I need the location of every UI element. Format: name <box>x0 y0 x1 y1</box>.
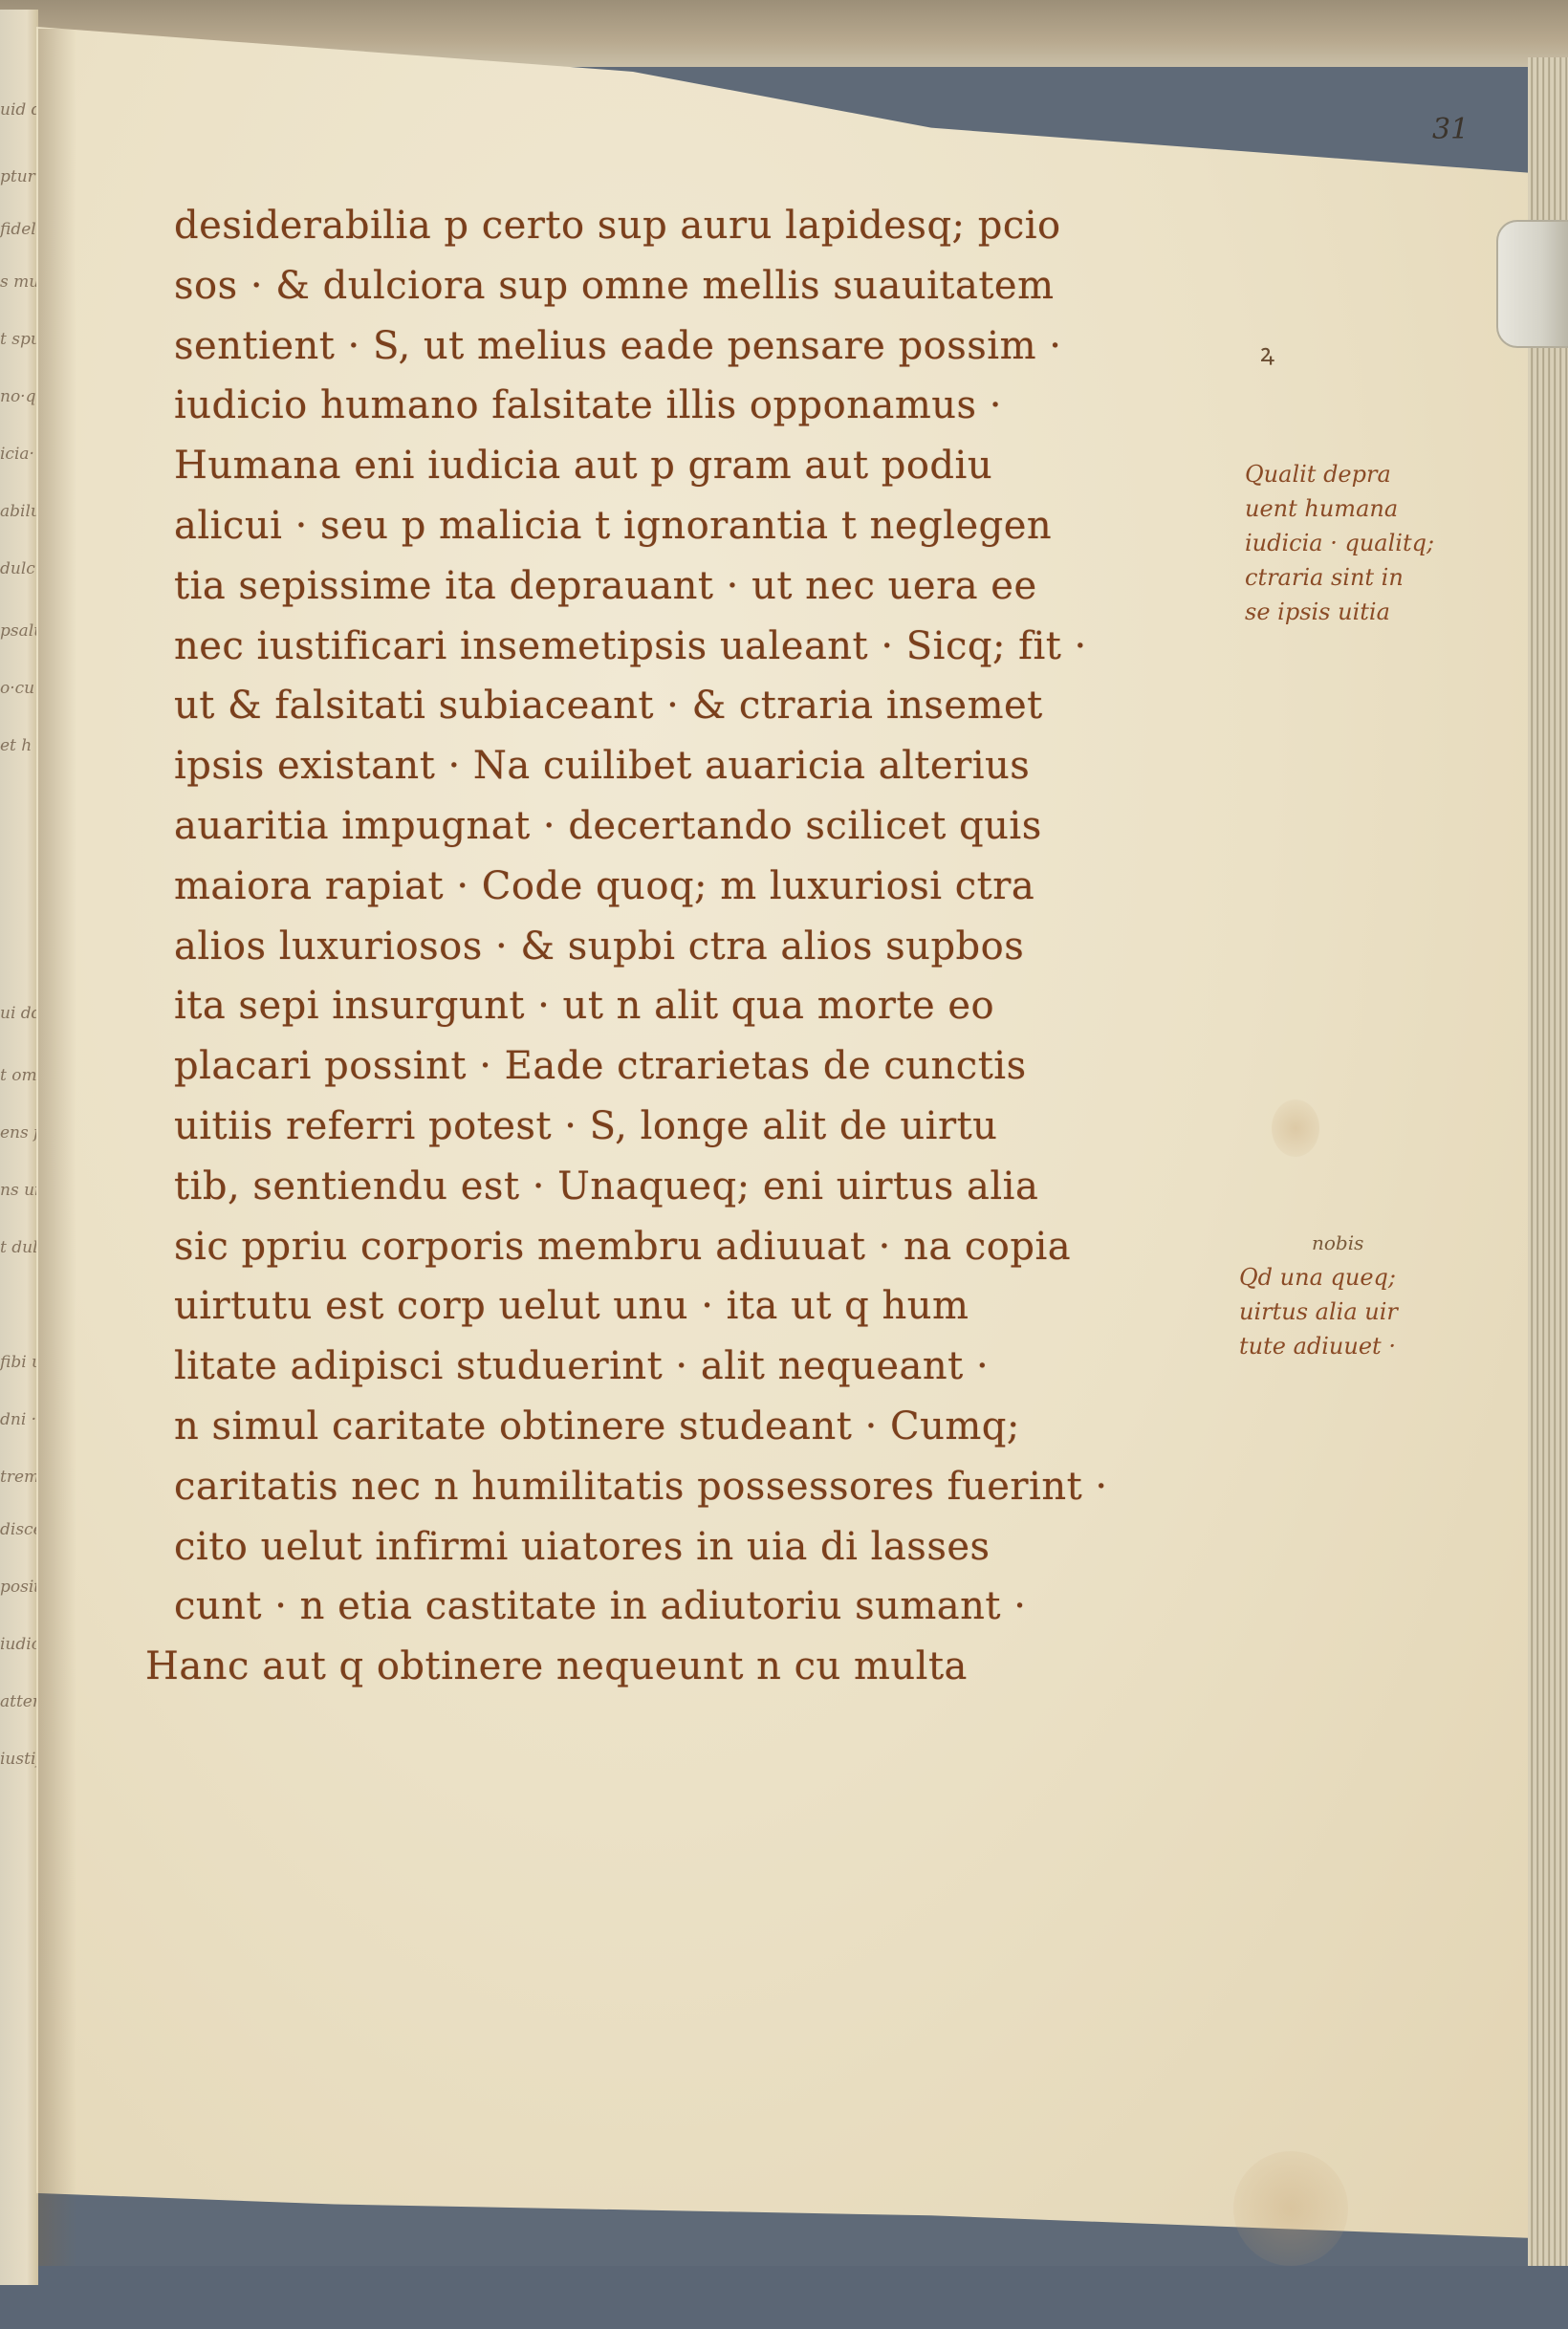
text-line: ipsis existant · Na cuilibet auaricia al… <box>174 736 1245 796</box>
facing-fragment: icia· <box>0 445 34 464</box>
facing-fragment: dni · lu <box>0 1410 38 1429</box>
marginal-gloss-2: Qd una queq; uirtus alia uir tute adiuue… <box>1239 1260 1398 1363</box>
facing-fragment: t spu <box>0 330 38 349</box>
gloss-line: Qualit deprа <box>1245 457 1434 491</box>
interlinear-addition: nobis <box>1312 1231 1363 1254</box>
clasp-tab <box>1496 220 1568 348</box>
text-line: auaritia impugnat · decertando scilicet … <box>174 796 1245 857</box>
gloss-line: Qd una queq; <box>1239 1260 1398 1295</box>
facing-fragment: trema <box>0 1468 38 1487</box>
folio-number: 31 <box>1432 113 1469 146</box>
text-line: alicui · seu p malicia t ignorantia t ne… <box>174 496 1245 556</box>
text-line: cito uelut infirmi uiatores in uia di la… <box>174 1517 1245 1578</box>
facing-fragment: dulc <box>0 559 35 578</box>
text-line: caritatis nec n humilitatis possessores … <box>174 1457 1245 1517</box>
facing-fragment: ui dd <box>0 1004 38 1023</box>
text-line: desiderabilia p certo sup auru lapidesq;… <box>174 196 1245 256</box>
facing-fragment: ns ui <box>0 1181 38 1200</box>
gloss-line: uent humana <box>1245 491 1434 526</box>
facing-fragment: s mu <box>0 272 38 292</box>
facing-fragment: t dul <box>0 1238 38 1257</box>
text-line: litate adipisci studuerint · alit nequea… <box>174 1337 1245 1397</box>
gloss-line: iudicia · qualitq; <box>1245 526 1434 560</box>
text-line: sos · & dulciora sup omne mellis suauita… <box>174 256 1245 316</box>
text-line: cunt · n etia castitate in adiutoriu sum… <box>174 1577 1245 1637</box>
text-line: uitiis referri potest · S, longe alit de… <box>174 1097 1245 1157</box>
marginal-mark: ꝝ <box>1260 335 1274 369</box>
stain <box>1233 2151 1348 2266</box>
text-line: nec iustificari insemetipsis ualeant · S… <box>174 617 1245 677</box>
facing-fragment: t omn <box>0 1066 38 1085</box>
facing-fragment: attend <box>0 1692 38 1711</box>
facing-fragment: posit <box>0 1578 38 1597</box>
text-line: ita sepi insurgunt · ut n alit qua morte… <box>174 976 1245 1036</box>
facing-fragment: o·cu <box>0 679 34 698</box>
gutter-shadow <box>38 29 76 2266</box>
text-line: placari possint · Eade ctrarietas de cun… <box>174 1036 1245 1097</box>
gloss-superscript: nobis <box>1312 1231 1363 1254</box>
text-line: iudicio humano falsitate illis opponamus… <box>174 376 1245 436</box>
facing-fragment: no·q <box>0 387 35 406</box>
gloss-line: ctraria sint in <box>1245 560 1434 595</box>
scan-backdrop-bottom <box>0 2266 1568 2329</box>
facing-fragment: ptur <box>0 167 35 186</box>
text-line: tia sepissime ita deprauant · ut nec uer… <box>174 556 1245 617</box>
facing-fragment: iudic <box>0 1635 38 1654</box>
stain <box>1272 1099 1319 1157</box>
text-line: sentient · S, ut melius eade pensare pos… <box>174 316 1245 377</box>
facing-fragment: iustific <box>0 1750 38 1769</box>
gloss-line: se ipsis uitia <box>1245 595 1434 629</box>
gloss-line: tute adiuuet · <box>1239 1329 1398 1363</box>
text-line: sic ppriu corporis membru adiuuat · na c… <box>174 1217 1245 1277</box>
text-line: maiora rapiat · Code quoq; m luxuriosi c… <box>174 857 1245 917</box>
facing-fragment: psalu <box>0 621 38 641</box>
facing-page-edge: uid de ptur fidel s mu t spu no·q icia· … <box>0 10 38 2285</box>
marginal-gloss-1: Qualit deprа uent humana iudicia · quali… <box>1245 457 1434 629</box>
facing-fragment: discer <box>0 1520 38 1539</box>
facing-fragment: fidel <box>0 220 36 239</box>
text-line: n simul caritate obtinere studeant · Cum… <box>174 1397 1245 1457</box>
text-line: alios luxuriosos · & supbi ctra alios su… <box>174 917 1245 977</box>
text-line: Hanc aut q obtinere nequeunt n cu multa <box>145 1637 1245 1697</box>
facing-fragment: uid de <box>0 100 38 120</box>
facing-fragment: ens fu <box>0 1123 38 1143</box>
gloss-line: uirtus alia uir <box>1239 1295 1398 1329</box>
text-line: tib, sentiendu est · Unaqueq; eni uirtus… <box>174 1157 1245 1217</box>
text-line: ut & falsitati subiaceant · & ctraria in… <box>174 676 1245 736</box>
text-line: uirtutu est corp uelut unu · ita ut q hu… <box>174 1276 1245 1337</box>
facing-fragment: et h <box>0 736 32 755</box>
main-text-block: desiderabilia p certo sup auru lapidesq;… <box>174 196 1245 1697</box>
facing-fragment: abilu <box>0 502 38 521</box>
page-fore-edges <box>1528 57 1568 2266</box>
text-line: Humana eni iudicia aut p gram aut podiu <box>174 436 1245 496</box>
facing-fragment: fibi ui <box>0 1353 38 1372</box>
